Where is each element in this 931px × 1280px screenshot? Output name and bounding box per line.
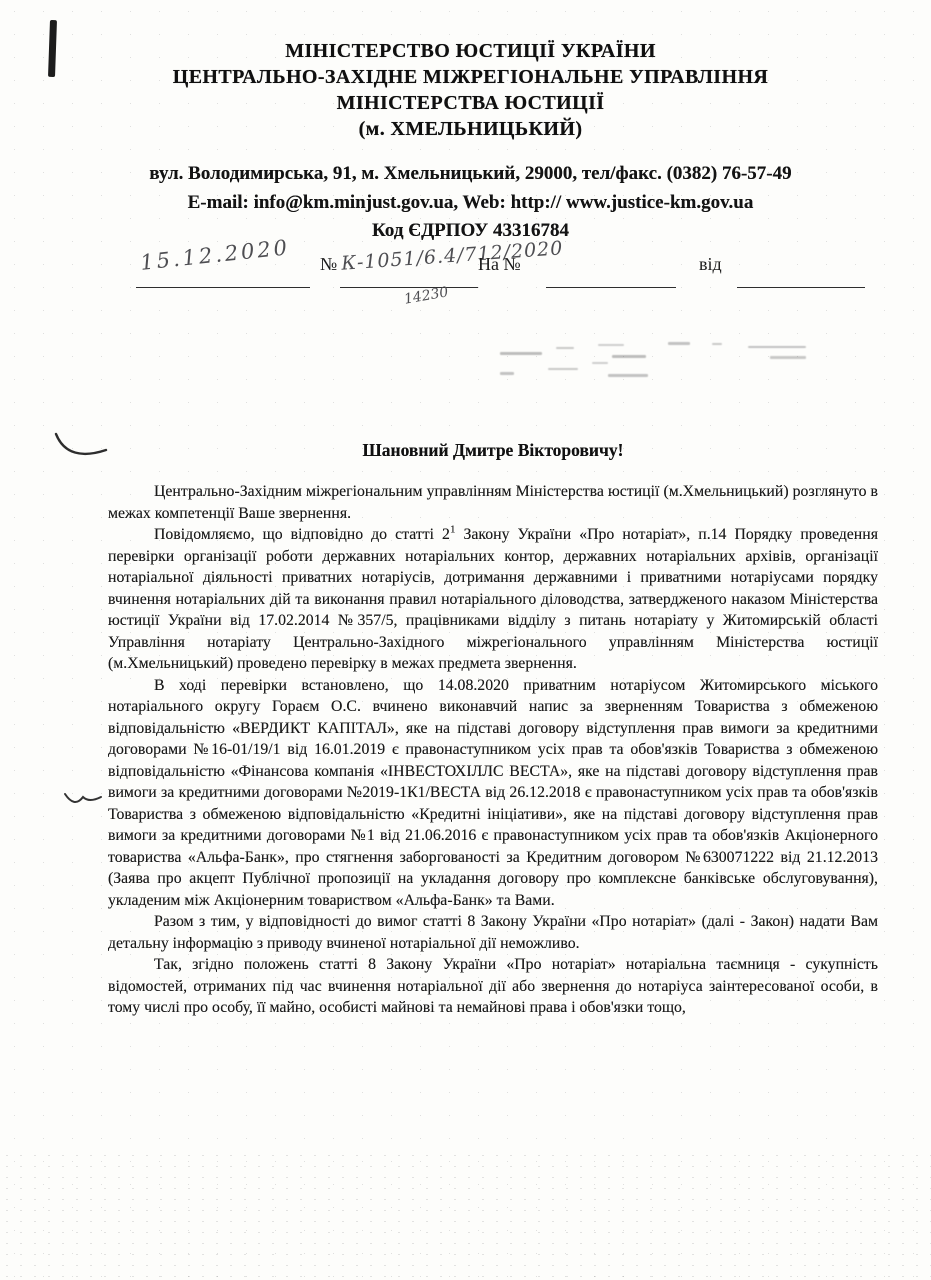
scanned-letter-page: МІНІСТЕРСТВО ЮСТИЦІЇ УКРАЇНИ ЦЕНТРАЛЬНО-… (0, 0, 931, 1280)
incoming-number-label: На № (478, 254, 521, 275)
paragraph-5: Так, згідно положень статті 8 Закону Укр… (108, 954, 878, 1019)
scan-smudge (556, 347, 574, 349)
contact-block: вул. Володимирська, 91, м. Хмельницький,… (55, 160, 886, 246)
edrpou-code: Код ЄДРПОУ 43316784 (55, 217, 886, 246)
incoming-number-underline (546, 287, 676, 288)
number-underline (340, 287, 478, 288)
paragraph-4: Разом з тим, у відповідності до вимог ст… (108, 911, 878, 954)
scan-smudge (748, 346, 806, 348)
scan-smudge (548, 368, 578, 370)
pen-checkmark-2 (62, 786, 104, 812)
scan-smudge (500, 372, 514, 375)
scan-smudge (612, 355, 646, 358)
number-label: № (320, 254, 337, 275)
paragraph-2-post: Закону України «Про нотаріат», п.14 Поря… (108, 526, 878, 672)
paragraph-2-pre: Повідомляємо, що відповідно до статті 2 (154, 526, 450, 543)
scan-noise-bottom (0, 1150, 931, 1280)
letter-body: Центрально-Західним міжрегіональним упра… (108, 481, 878, 1019)
email-web-line: E-mail: info@km.minjust.gov.ua, Web: htt… (55, 189, 886, 218)
scan-smudge (592, 362, 608, 364)
scan-smudge (668, 342, 690, 345)
paragraph-1: Центрально-Західним міжрегіональним упра… (108, 481, 878, 524)
office-name-line2: МІНІСТЕРСТВА ЮСТИЦІЇ (55, 90, 886, 116)
ministry-name: МІНІСТЕРСТВО ЮСТИЦІЇ УКРАЇНИ (55, 38, 886, 64)
scan-smudge (500, 352, 542, 355)
scan-smudge (608, 374, 648, 377)
pen-checkmark (50, 426, 112, 468)
paragraph-2: Повідомляємо, що відповідно до статті 21… (108, 524, 878, 675)
paragraph-3: В ході перевірки встановлено, що 14.08.2… (108, 675, 878, 912)
office-city: (м. ХМЕЛЬНИЦЬКИЙ) (55, 116, 886, 142)
office-name-line1: ЦЕНТРАЛЬНО-ЗАХІДНЕ МІЖРЕГІОНАЛЬНЕ УПРАВЛ… (55, 64, 886, 90)
from-date-label: від (699, 254, 722, 275)
scan-smudge (598, 344, 624, 346)
scan-smudge (770, 356, 806, 359)
from-date-underline (737, 287, 865, 288)
salutation: Шановний Дмитре Вікторовичу! (108, 440, 878, 461)
date-underline (136, 287, 310, 288)
scan-smudge (712, 343, 722, 345)
letterhead: МІНІСТЕРСТВО ЮСТИЦІЇ УКРАЇНИ ЦЕНТРАЛЬНО-… (55, 38, 886, 142)
postal-address: вул. Володимирська, 91, м. Хмельницький,… (55, 160, 886, 189)
